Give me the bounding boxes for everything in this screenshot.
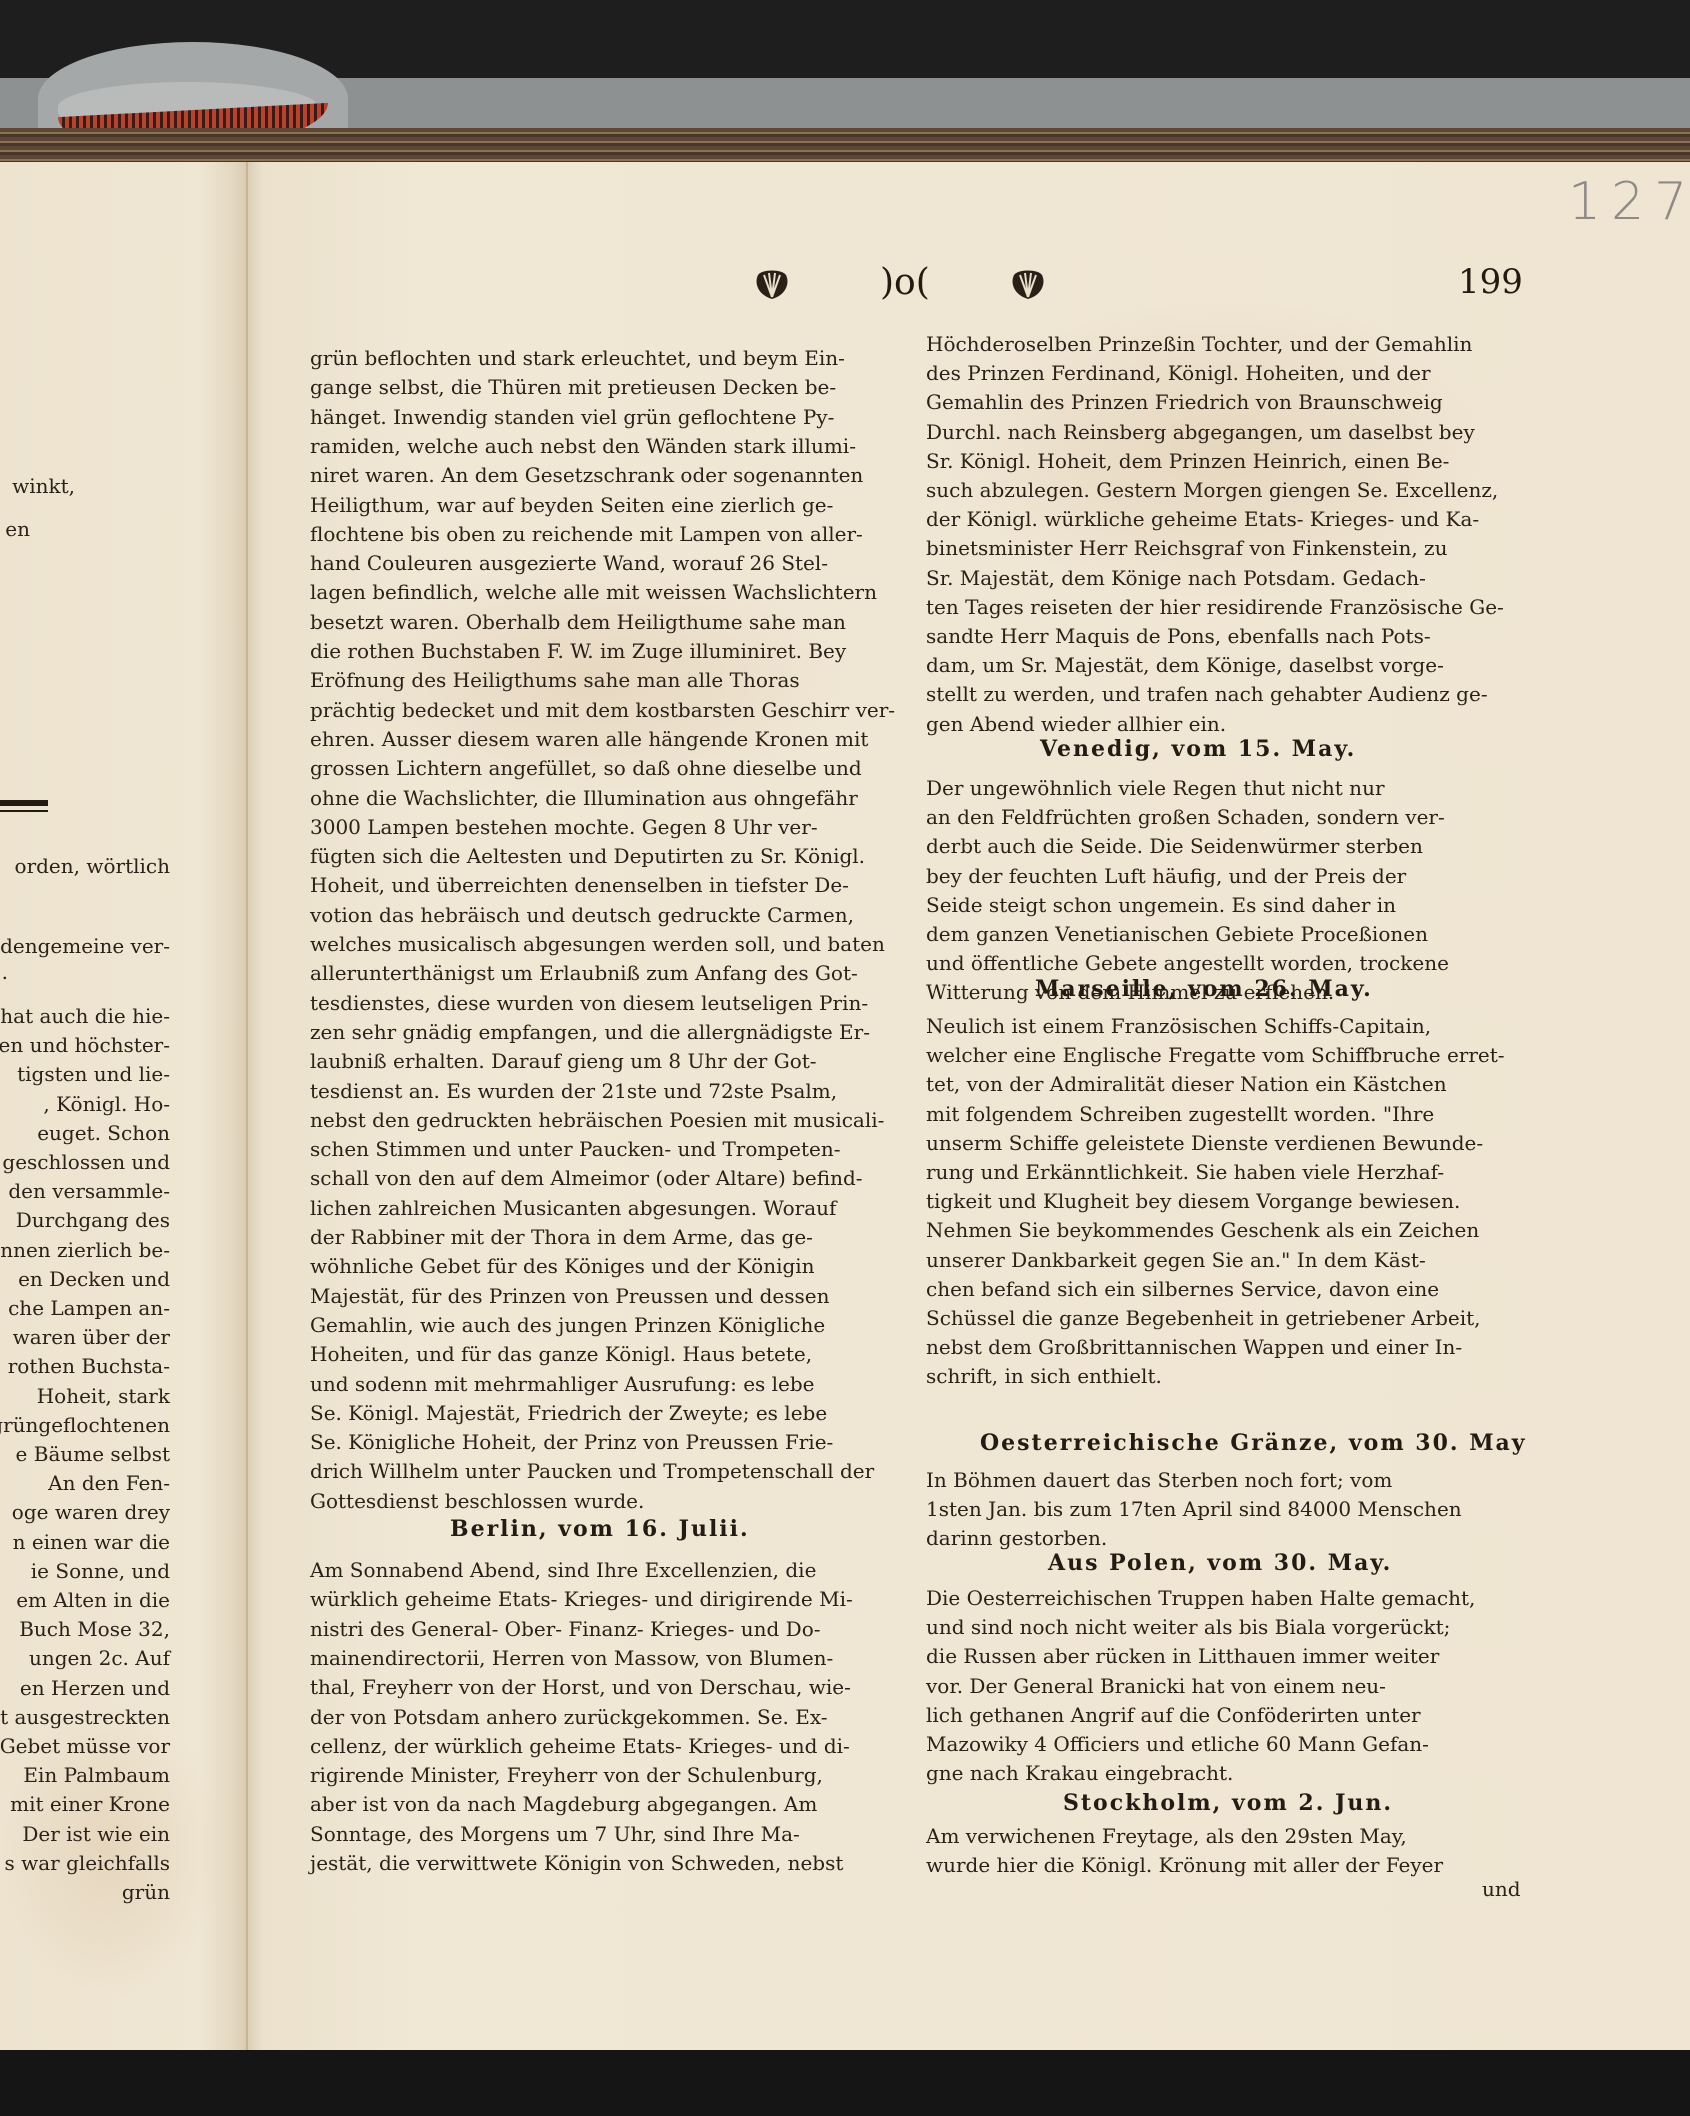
text-line: Der ungewöhnlich viele Regen thut nicht … bbox=[926, 774, 1385, 803]
text-line: mit folgendem Schreiben zugestellt worde… bbox=[926, 1100, 1434, 1129]
text-line: schall von den auf dem Almeimor (oder Al… bbox=[310, 1164, 863, 1193]
text-line: Schüssel die ganze Begebenheit in getrie… bbox=[926, 1304, 1481, 1333]
left-page-line: Der ist wie ein bbox=[22, 1820, 170, 1849]
text-line: 1sten Jan. bis zum 17ten April sind 8400… bbox=[926, 1495, 1462, 1524]
text-line: würklich geheime Etats- Krieges- und dir… bbox=[310, 1585, 853, 1614]
text-line: thal, Freyherr von der Horst, und von De… bbox=[310, 1673, 851, 1702]
shell-ornament-icon bbox=[752, 267, 792, 301]
text-line: rung und Erkänntlichkeit. Sie haben viel… bbox=[926, 1158, 1444, 1187]
left-page-line: grün bbox=[122, 1878, 170, 1907]
left-page-line: An den Fen- bbox=[48, 1469, 170, 1498]
text-line: lich gethanen Angrif auf die Conföderirt… bbox=[926, 1701, 1421, 1730]
text-line: nebst dem Großbrittannischen Wappen und … bbox=[926, 1333, 1462, 1362]
left-page-line: hat auch die hie- bbox=[0, 1002, 170, 1031]
pencil-folio-number: 127 bbox=[1568, 172, 1690, 232]
text-line: Nehmen Sie beykommendes Geschenk als ein… bbox=[926, 1216, 1479, 1245]
text-line: Neulich ist einem Französischen Schiffs-… bbox=[926, 1012, 1431, 1041]
text-line: gen Abend wieder allhier ein. bbox=[926, 710, 1226, 739]
text-line: Se. Königliche Hoheit, der Prinz von Pre… bbox=[310, 1428, 833, 1457]
left-page-line: en Decken und bbox=[18, 1265, 170, 1294]
left-page-line: geschlossen und bbox=[2, 1148, 170, 1177]
text-line: dam, um Sr. Majestät, dem Könige, daselb… bbox=[926, 651, 1444, 680]
text-line: chen befand sich ein silbernes Service, … bbox=[926, 1275, 1439, 1304]
left-page-line: ie Sonne, und bbox=[31, 1557, 170, 1586]
section-heading: Marseille, vom 26. May. bbox=[1035, 976, 1373, 1002]
text-line: hänget. Inwendig standen viel grün geflo… bbox=[310, 403, 834, 432]
text-line: und sodenn mit mehrmahliger Ausrufung: e… bbox=[310, 1370, 815, 1399]
text-line: tesdienst an. Es wurden der 21ste und 72… bbox=[310, 1077, 837, 1106]
text-line: tigkeit und Klugheit bey diesem Vorgange… bbox=[926, 1187, 1460, 1216]
left-page-line: den versammle- bbox=[8, 1177, 170, 1206]
text-line: des Prinzen Ferdinand, Königl. Hoheiten,… bbox=[926, 359, 1431, 388]
text-line: grün beflochten und stark erleuchtet, un… bbox=[310, 344, 845, 373]
left-page-line: mit einer Krone bbox=[10, 1790, 170, 1819]
text-line: tet, von der Admiralität dieser Nation e… bbox=[926, 1070, 1447, 1099]
left-page-line: dengemeine ver- bbox=[0, 932, 170, 961]
text-line: Majestät, für des Prinzen von Preussen u… bbox=[310, 1282, 830, 1311]
text-line: 3000 Lampen bestehen mochte. Gegen 8 Uhr… bbox=[310, 813, 818, 842]
text-line: schrift, in sich enthielt. bbox=[926, 1362, 1162, 1391]
text-line: Seide steigt schon ungemein. Es sind dah… bbox=[926, 891, 1396, 920]
text-line: die Russen aber rücken in Litthauen imme… bbox=[926, 1642, 1439, 1671]
scan-background-bottom bbox=[0, 2050, 1690, 2116]
text-line: besetzt waren. Oberhalb dem Heiligthume … bbox=[310, 608, 846, 637]
text-line: laubniß erhalten. Darauf gieng um 8 Uhr … bbox=[310, 1047, 817, 1076]
text-line: allerunterthänigst um Erlaubniß zum Anfa… bbox=[310, 959, 858, 988]
section-heading: Aus Polen, vom 30. May. bbox=[1048, 1550, 1392, 1576]
left-page-line: it ausgestreckten bbox=[0, 1703, 170, 1732]
left-page-line: grüngeflochtenen bbox=[0, 1411, 170, 1440]
heading-berlin: Berlin, vom 16. Julii. bbox=[450, 1516, 750, 1542]
left-page-line: Durchgang des bbox=[16, 1206, 170, 1235]
section-rule bbox=[0, 800, 48, 806]
text-line: lagen befindlich, welche alle mit weisse… bbox=[310, 578, 877, 607]
text-line: binetsminister Herr Reichsgraf von Finke… bbox=[926, 534, 1447, 563]
text-line: In Böhmen dauert das Sterben noch fort; … bbox=[926, 1466, 1392, 1495]
text-line: derbt auch die Seide. Die Seidenwürmer s… bbox=[926, 832, 1423, 861]
text-line: Sonntage, des Morgens um 7 Uhr, sind Ihr… bbox=[310, 1820, 800, 1849]
left-page-line: euget. Schon bbox=[37, 1119, 170, 1148]
running-head-mark: )o( bbox=[880, 262, 930, 303]
left-page-line: , Königl. Ho- bbox=[43, 1090, 170, 1119]
text-line: aber ist von da nach Magdeburg abgegange… bbox=[310, 1790, 817, 1819]
left-page-line: waren über der bbox=[13, 1323, 170, 1352]
text-line: welches musicalisch abgesungen werden so… bbox=[310, 930, 885, 959]
catchword: und bbox=[1482, 1875, 1521, 1904]
left-page-line: winkt, bbox=[12, 472, 75, 501]
text-line: wöhnliche Gebet für des Königes und der … bbox=[310, 1252, 815, 1281]
text-line: an den Feldfrüchten großen Schaden, sond… bbox=[926, 803, 1445, 832]
text-line: cellenz, der würklich geheime Etats- Kri… bbox=[310, 1732, 850, 1761]
text-line: Sr. Königl. Hoheit, dem Prinzen Heinrich… bbox=[926, 447, 1449, 476]
left-page-line: che Lampen an- bbox=[8, 1294, 170, 1323]
page-number: 199 bbox=[1458, 262, 1523, 302]
text-line: der Rabbiner mit der Thora in dem Arme, … bbox=[310, 1223, 813, 1252]
shell-ornament-icon bbox=[1008, 267, 1048, 301]
text-line: hand Couleuren ausgezierte Wand, worauf … bbox=[310, 549, 828, 578]
section-rule-thin bbox=[0, 810, 48, 812]
left-page-line: n einen war die bbox=[13, 1528, 170, 1557]
text-line: gne nach Krakau eingebracht. bbox=[926, 1759, 1233, 1788]
text-line: grossen Lichtern angefüllet, so daß ohne… bbox=[310, 754, 862, 783]
left-page-line: Gebet müsse vor bbox=[0, 1732, 170, 1761]
text-line: und sind noch nicht weiter als bis Biala… bbox=[926, 1613, 1450, 1642]
left-page-line: e Bäume selbst bbox=[16, 1440, 170, 1469]
text-line: votion das hebräisch und deutsch gedruck… bbox=[310, 901, 854, 930]
text-line: Heiligthum, war auf beyden Seiten eine z… bbox=[310, 491, 833, 520]
text-line: lichen zahlreichen Musicanten abgesungen… bbox=[310, 1194, 836, 1223]
left-page-line: em Alten in die bbox=[16, 1586, 170, 1615]
left-page-line: nnen zierlich be- bbox=[0, 1236, 170, 1265]
text-line: stellt zu werden, und trafen nach gehabt… bbox=[926, 680, 1488, 709]
section-heading: Oesterreichische Gränze, vom 30. May bbox=[980, 1430, 1527, 1456]
text-line: unserm Schiffe geleistete Dienste verdie… bbox=[926, 1129, 1483, 1158]
text-line: drich Willhelm unter Paucken und Trompet… bbox=[310, 1457, 874, 1486]
text-line: Gemahlin des Prinzen Friedrich von Braun… bbox=[926, 388, 1443, 417]
text-line: dem ganzen Venetianischen Gebiete Proceß… bbox=[926, 920, 1428, 949]
page-block-edge bbox=[0, 128, 1690, 166]
text-line: bey der feuchten Luft häufig, und der Pr… bbox=[926, 862, 1406, 891]
left-page-line: Ein Palmbaum bbox=[23, 1761, 170, 1790]
text-line: jestät, die verwittwete Königin von Schw… bbox=[310, 1849, 843, 1878]
text-line: Eröfnung des Heiligthums sahe man alle T… bbox=[310, 666, 800, 695]
gutter-fold bbox=[246, 162, 248, 2052]
text-line: ramiden, welche auch nebst den Wänden st… bbox=[310, 432, 856, 461]
text-line: Gottesdienst beschlossen wurde. bbox=[310, 1487, 644, 1516]
text-line: Durchl. nach Reinsberg abgegangen, um da… bbox=[926, 418, 1475, 447]
left-page-line: s war gleichfalls bbox=[5, 1849, 170, 1878]
left-page-line: oge waren drey bbox=[12, 1498, 170, 1527]
text-line: rigirende Minister, Freyherr von der Sch… bbox=[310, 1761, 823, 1790]
text-line: nebst den gedruckten hebräischen Poesien… bbox=[310, 1106, 884, 1135]
text-line: Am verwichenen Freytage, als den 29sten … bbox=[926, 1822, 1407, 1851]
text-line: Gemahlin, wie auch des jungen Prinzen Kö… bbox=[310, 1311, 825, 1340]
left-page-line: en bbox=[5, 515, 30, 544]
text-line: sandte Herr Maquis de Pons, ebenfalls na… bbox=[926, 622, 1431, 651]
text-line: Höchderoselben Prinzeßin Tochter, und de… bbox=[926, 330, 1472, 359]
left-page-line: . bbox=[2, 958, 8, 987]
text-line: vor. Der General Branicki hat von einem … bbox=[926, 1672, 1386, 1701]
section-heading: Stockholm, vom 2. Jun. bbox=[1063, 1790, 1393, 1816]
text-line: ehren. Ausser diesem waren alle hängende… bbox=[310, 725, 868, 754]
text-line: flochtene bis oben zu reichende mit Lamp… bbox=[310, 520, 863, 549]
left-page-line: tigsten und lie- bbox=[17, 1060, 170, 1089]
text-line: fügten sich die Aeltesten und Deputirten… bbox=[310, 842, 865, 871]
text-line: such abzulegen. Gestern Morgen giengen S… bbox=[926, 476, 1498, 505]
text-line: welcher eine Englische Fregatte vom Schi… bbox=[926, 1041, 1505, 1070]
text-line: Die Oesterreichischen Truppen haben Halt… bbox=[926, 1584, 1475, 1613]
text-line: ten Tages reiseten der hier residirende … bbox=[926, 593, 1504, 622]
text-line: tesdienstes, diese wurden von diesem leu… bbox=[310, 989, 868, 1018]
left-page-line: orden, wörtlich bbox=[15, 852, 170, 881]
text-line: Mazowiky 4 Officiers und etliche 60 Mann… bbox=[926, 1730, 1429, 1759]
text-line: niret waren. An dem Gesetzschrank oder s… bbox=[310, 461, 863, 490]
text-line: Hoheit, und überreichten denenselben in … bbox=[310, 871, 849, 900]
text-line: Sr. Majestät, dem Könige nach Potsdam. G… bbox=[926, 564, 1426, 593]
left-page-line: rothen Buchsta- bbox=[8, 1352, 170, 1381]
text-line: Se. Königl. Majestät, Friedrich der Zwey… bbox=[310, 1399, 827, 1428]
left-page-line: en Herzen und bbox=[20, 1674, 170, 1703]
text-line: und öffentliche Gebete angestellt worden… bbox=[926, 949, 1449, 978]
text-line: ohne die Wachslichter, die Illumination … bbox=[310, 784, 858, 813]
text-line: der von Potsdam anhero zurückgekommen. S… bbox=[310, 1703, 828, 1732]
text-line: die rothen Buchstaben F. W. im Zuge illu… bbox=[310, 637, 846, 666]
left-page-line: ungen 2c. Auf bbox=[29, 1644, 170, 1673]
left-page-line: Hoheit, stark bbox=[37, 1382, 170, 1411]
left-page-line: en und höchster- bbox=[0, 1031, 170, 1060]
text-line: unserer Dankbarkeit gegen Sie an." In de… bbox=[926, 1246, 1426, 1275]
text-line: prächtig bedecket und mit dem kostbarste… bbox=[310, 696, 895, 725]
text-line: Hoheiten, und für das ganze Königl. Haus… bbox=[310, 1340, 812, 1369]
text-line: Am Sonnabend Abend, sind Ihre Excellenzi… bbox=[310, 1556, 816, 1585]
text-line: wurde hier die Königl. Krönung mit aller… bbox=[926, 1851, 1443, 1880]
text-line: der Königl. würkliche geheime Etats- Kri… bbox=[926, 505, 1479, 534]
text-line: gange selbst, die Thüren mit pretieusen … bbox=[310, 373, 836, 402]
text-line: mainendirectorii, Herren von Massow, von… bbox=[310, 1644, 833, 1673]
text-line: schen Stimmen und unter Paucken- und Tro… bbox=[310, 1135, 841, 1164]
left-page-line: Buch Mose 32, bbox=[19, 1615, 170, 1644]
section-heading: Venedig, vom 15. May. bbox=[1040, 736, 1356, 762]
text-line: zen sehr gnädig empfangen, und die aller… bbox=[310, 1018, 870, 1047]
text-line: nistri des General- Ober- Finanz- Kriege… bbox=[310, 1615, 821, 1644]
